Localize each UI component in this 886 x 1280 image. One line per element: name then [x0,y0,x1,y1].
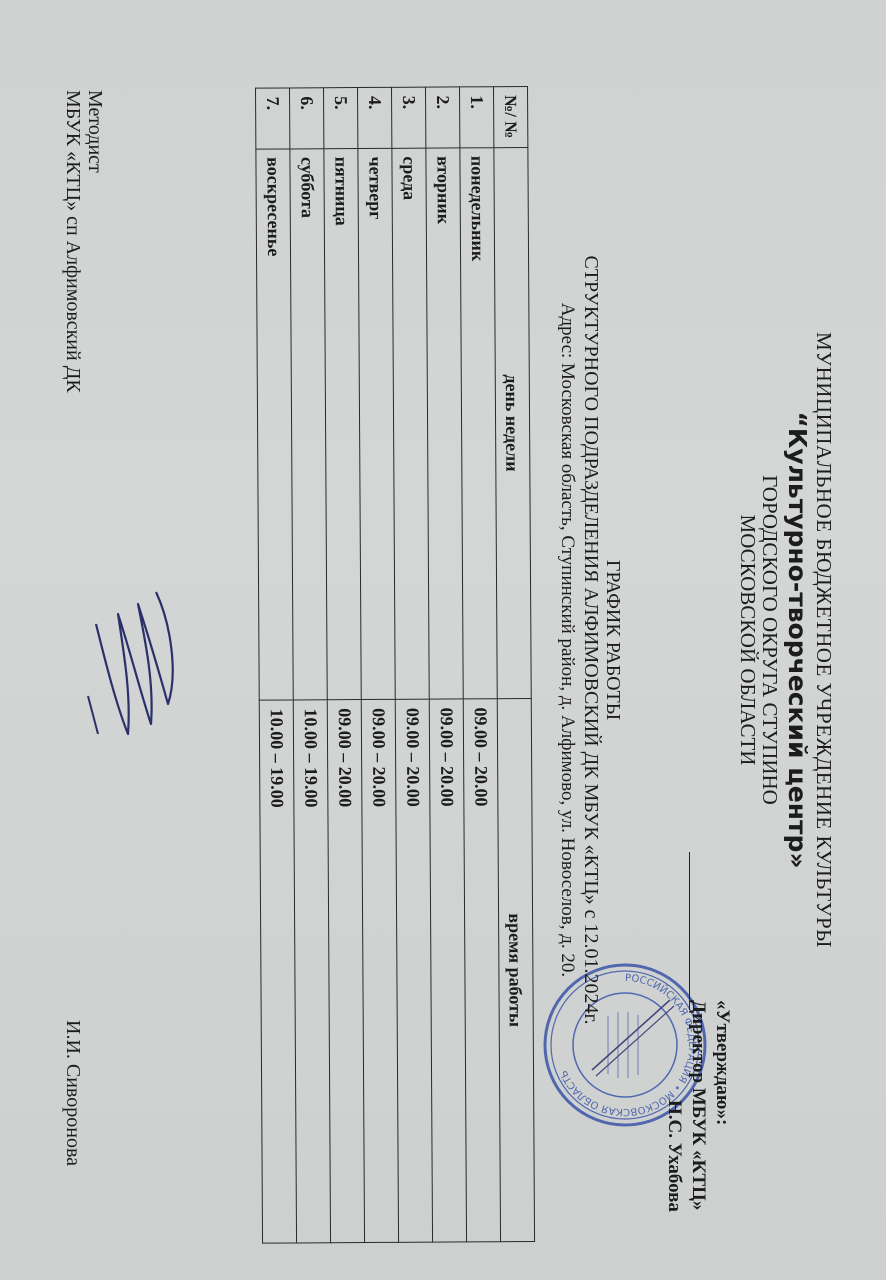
header-number: №/ № [494,87,528,148]
table-row: 2.вторник09.00 – 20.00 [426,87,467,1242]
table-row: 1.понедельник09.00 – 20.00 [460,87,501,1242]
row-day: суббота [290,148,327,700]
approval-label: «Утверждаю»: [710,1000,734,1270]
header-region: МОСКОВСКОЙ ОБЛАСТИ [735,0,760,1280]
header-org-name: “Культурно-творческий центр» [783,0,812,1280]
footer-name: И.И. Сиворонова [61,1020,84,1166]
row-number: 1. [460,87,494,148]
row-time: 10.00 – 19.00 [293,700,330,1243]
row-time: 09.00 – 20.00 [395,699,432,1242]
table-row: 4.четверг09.00 – 20.00 [358,87,399,1242]
row-number: 7. [256,88,290,149]
row-time: 10.00 – 19.00 [259,700,296,1243]
row-time: 09.00 – 20.00 [327,700,364,1243]
row-day: понедельник [460,147,497,699]
table-row: 3.среда09.00 – 20.00 [392,87,433,1242]
table-row: 7.воскресенье10.00 – 19.00 [256,88,297,1243]
header-district: ГОРОДСКОГО ОКРУГА СТУПИНО [757,0,782,1280]
table-row: 5.пятница09.00 – 20.00 [324,88,365,1243]
row-day: четверг [358,148,395,700]
header-day: день недели [494,147,531,699]
table-header-row: №/ № день недели время работы [494,87,535,1242]
header-time: время работы [497,699,534,1242]
footer-organization: МБУК «КТЦ» сп Алфимовский ДК [61,90,84,393]
row-number: 3. [392,87,426,148]
row-day: пятница [324,148,361,700]
row-time: 09.00 – 20.00 [463,699,500,1242]
row-number: 6. [290,88,324,149]
row-day: среда [392,148,429,700]
row-number: 5. [324,88,358,149]
row-number: 4. [358,87,392,148]
row-day: вторник [426,147,463,699]
approval-name: Н.С. Ухабова [662,1000,686,1270]
row-day: воскресенье [256,149,293,701]
footer-role: Методист [83,90,106,173]
table-row: 6.суббота10.00 – 19.00 [290,88,331,1243]
approval-position: Директор МБУК «КТЦ» [686,1000,710,1270]
schedule-title: ГРАФИК РАБОТЫ [601,0,624,1280]
row-number: 2. [426,87,460,148]
row-time: 09.00 – 20.00 [361,699,398,1242]
approval-block: «Утверждаю»: Директор МБУК «КТЦ» Н.С. Ух… [662,1000,734,1270]
row-time: 09.00 – 20.00 [429,699,466,1242]
document-page: МУНИЦИПАЛЬНОЕ БЮДЖЕТНОЕ УЧРЕЖДЕНИЕ КУЛЬТ… [0,0,886,1280]
schedule-address: Адрес: Московская область, Ступинский ра… [556,0,578,1280]
schedule-subtitle: СТРУКТУРНОГО ПОДРАЗДЕЛЕНИЯ АЛФИМОВСКИЙ Д… [579,0,602,1280]
schedule-table: №/ № день недели время работы 1.понедель… [255,86,535,1244]
director-signature-line [689,852,690,1010]
signature-icon [76,584,186,744]
header-org-line: МУНИЦИПАЛЬНОЕ БЮДЖЕТНОЕ УЧРЕЖДЕНИЕ КУЛЬТ… [811,0,836,1280]
